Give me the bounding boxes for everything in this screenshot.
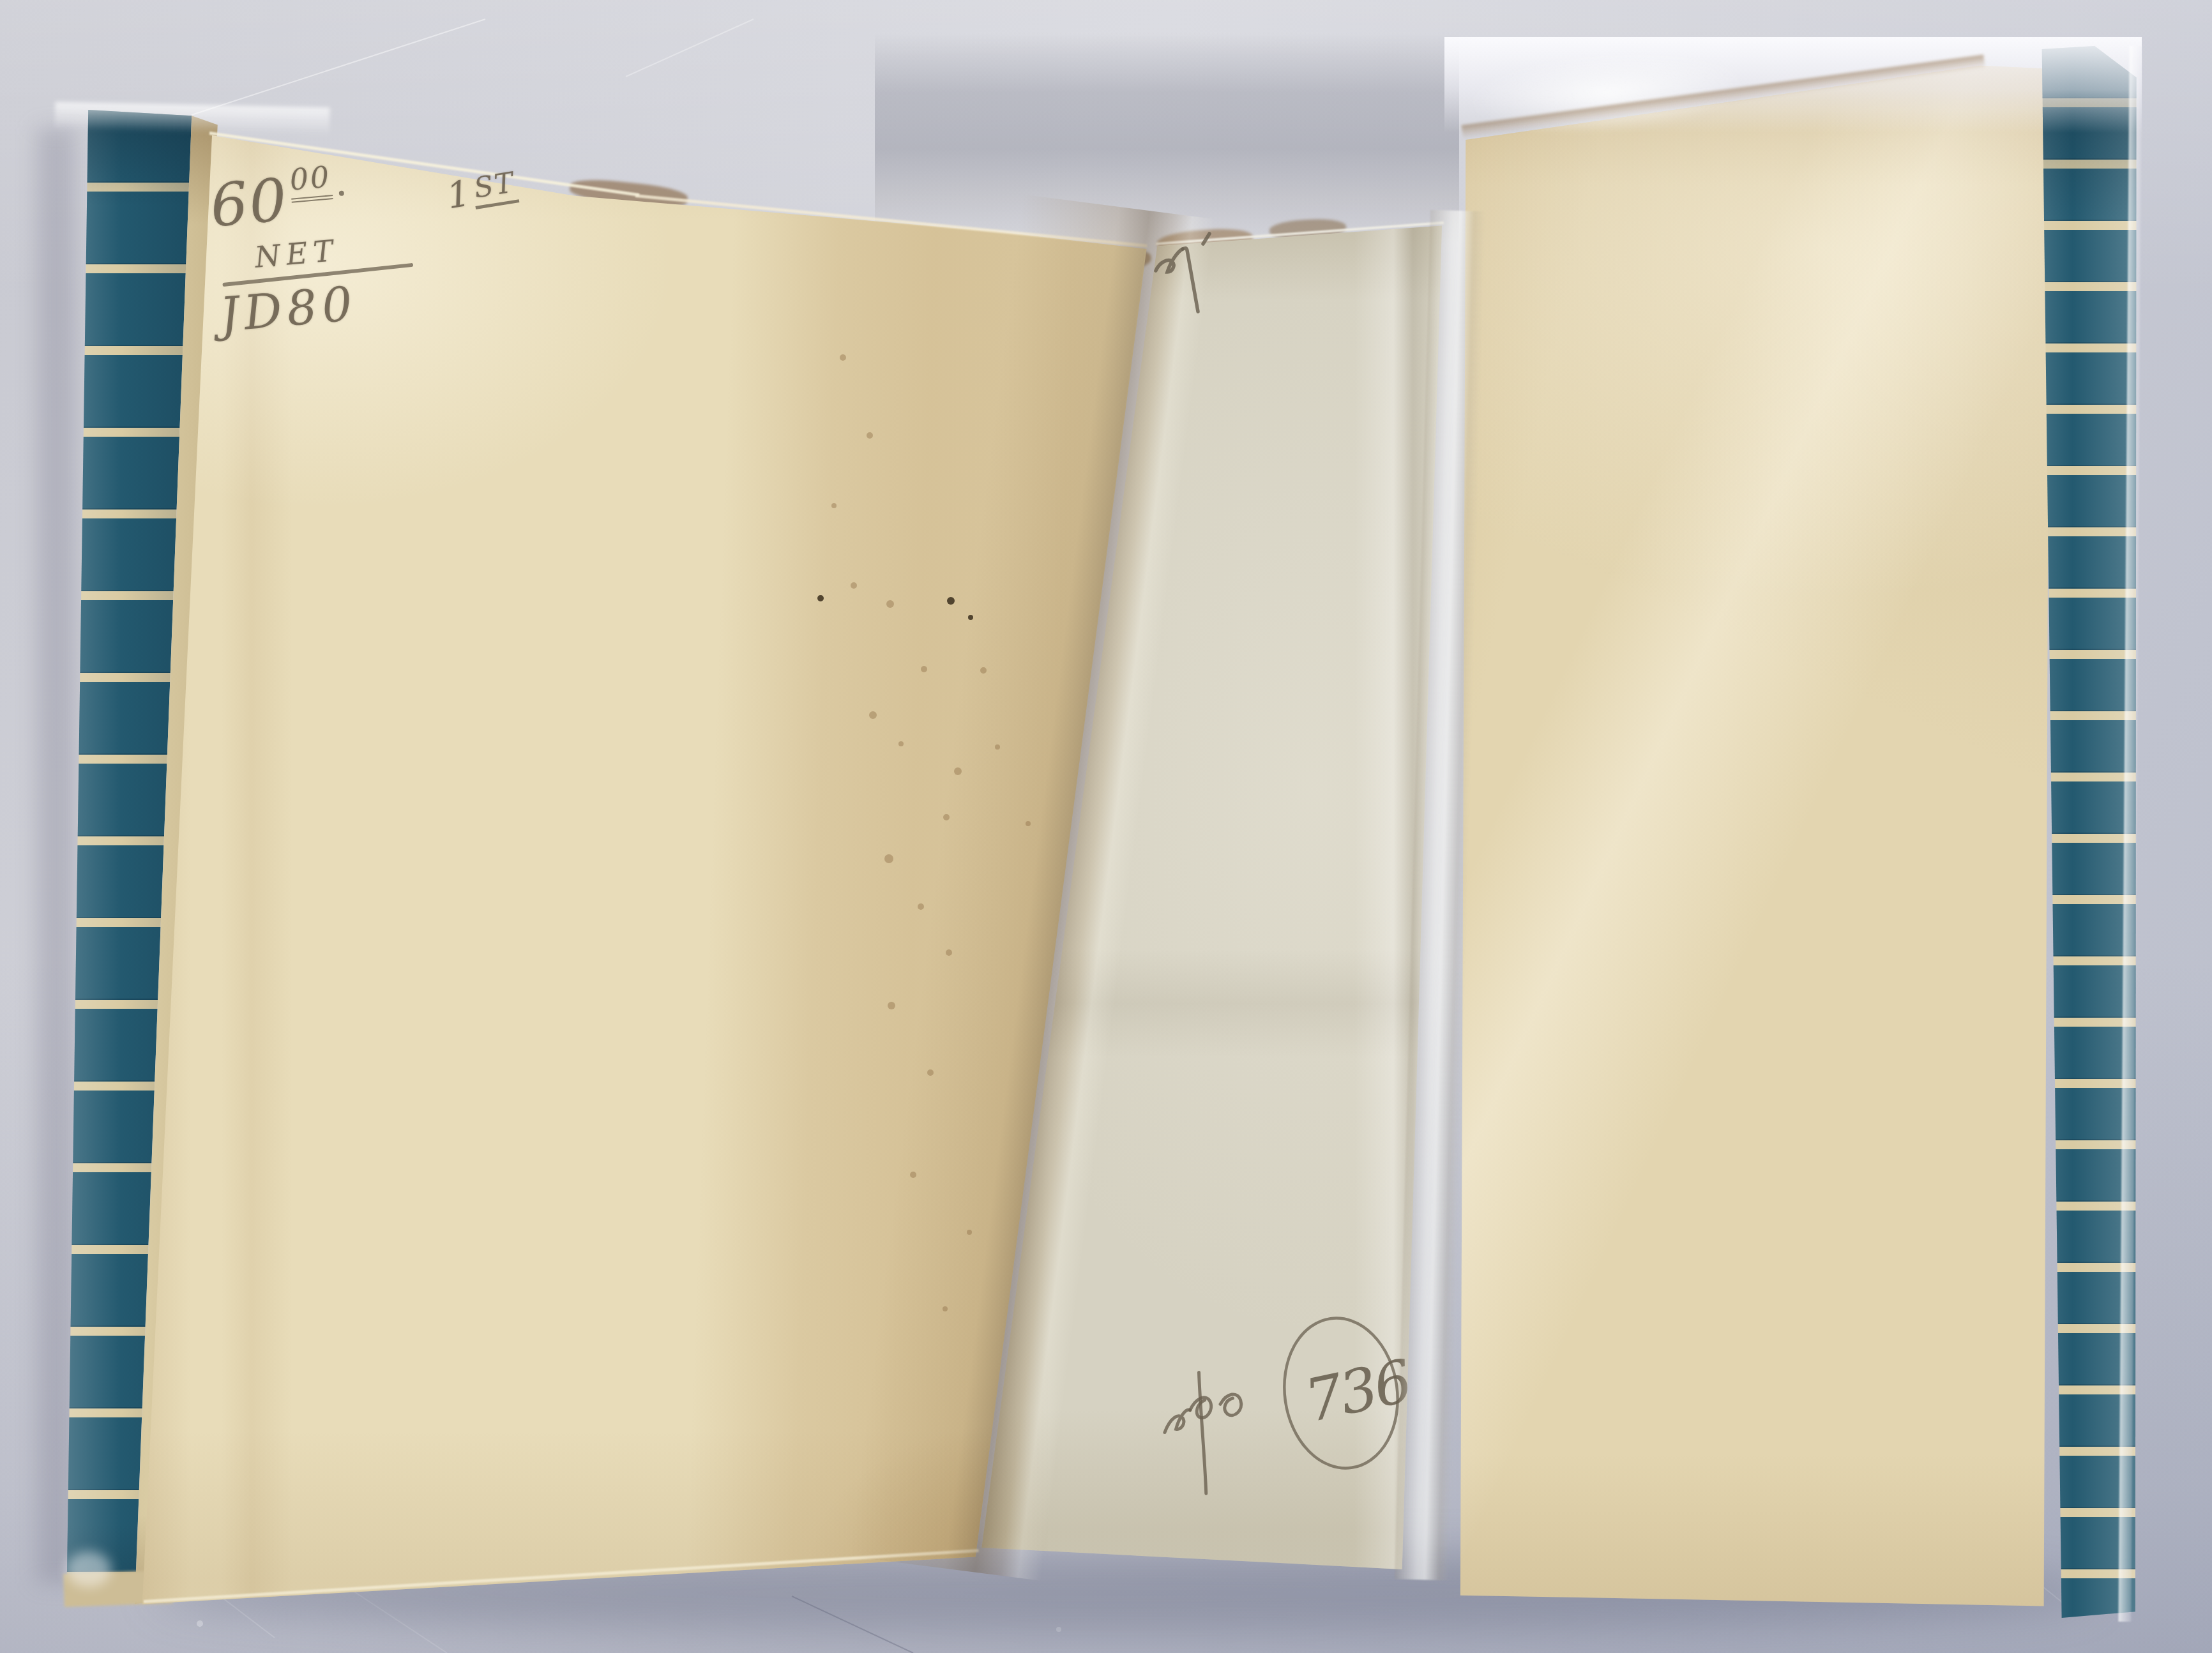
pencil-circled-number: 736 bbox=[1277, 1310, 1405, 1476]
pencil-dot bbox=[338, 190, 344, 196]
jacket-flap-inside bbox=[1450, 63, 2050, 1608]
price-cents-superscript: 00 bbox=[288, 159, 333, 202]
price-amount: 60 bbox=[208, 165, 291, 240]
dust-jacket-flap-panel bbox=[1444, 37, 2142, 1611]
pencil-scribble-mark bbox=[1156, 1364, 1274, 1498]
photo-open-vintage-book: 6000 NET JD80 1ST 736 bbox=[0, 0, 2212, 1653]
pencil-monogram-mark bbox=[1149, 230, 1220, 326]
mylar-glint-bottom-left bbox=[66, 1551, 111, 1587]
edition-suffix: ST bbox=[470, 166, 520, 209]
mylar-glare-top-left bbox=[55, 102, 330, 136]
pencil-price-annotation: 6000 NET JD80 bbox=[208, 155, 418, 339]
